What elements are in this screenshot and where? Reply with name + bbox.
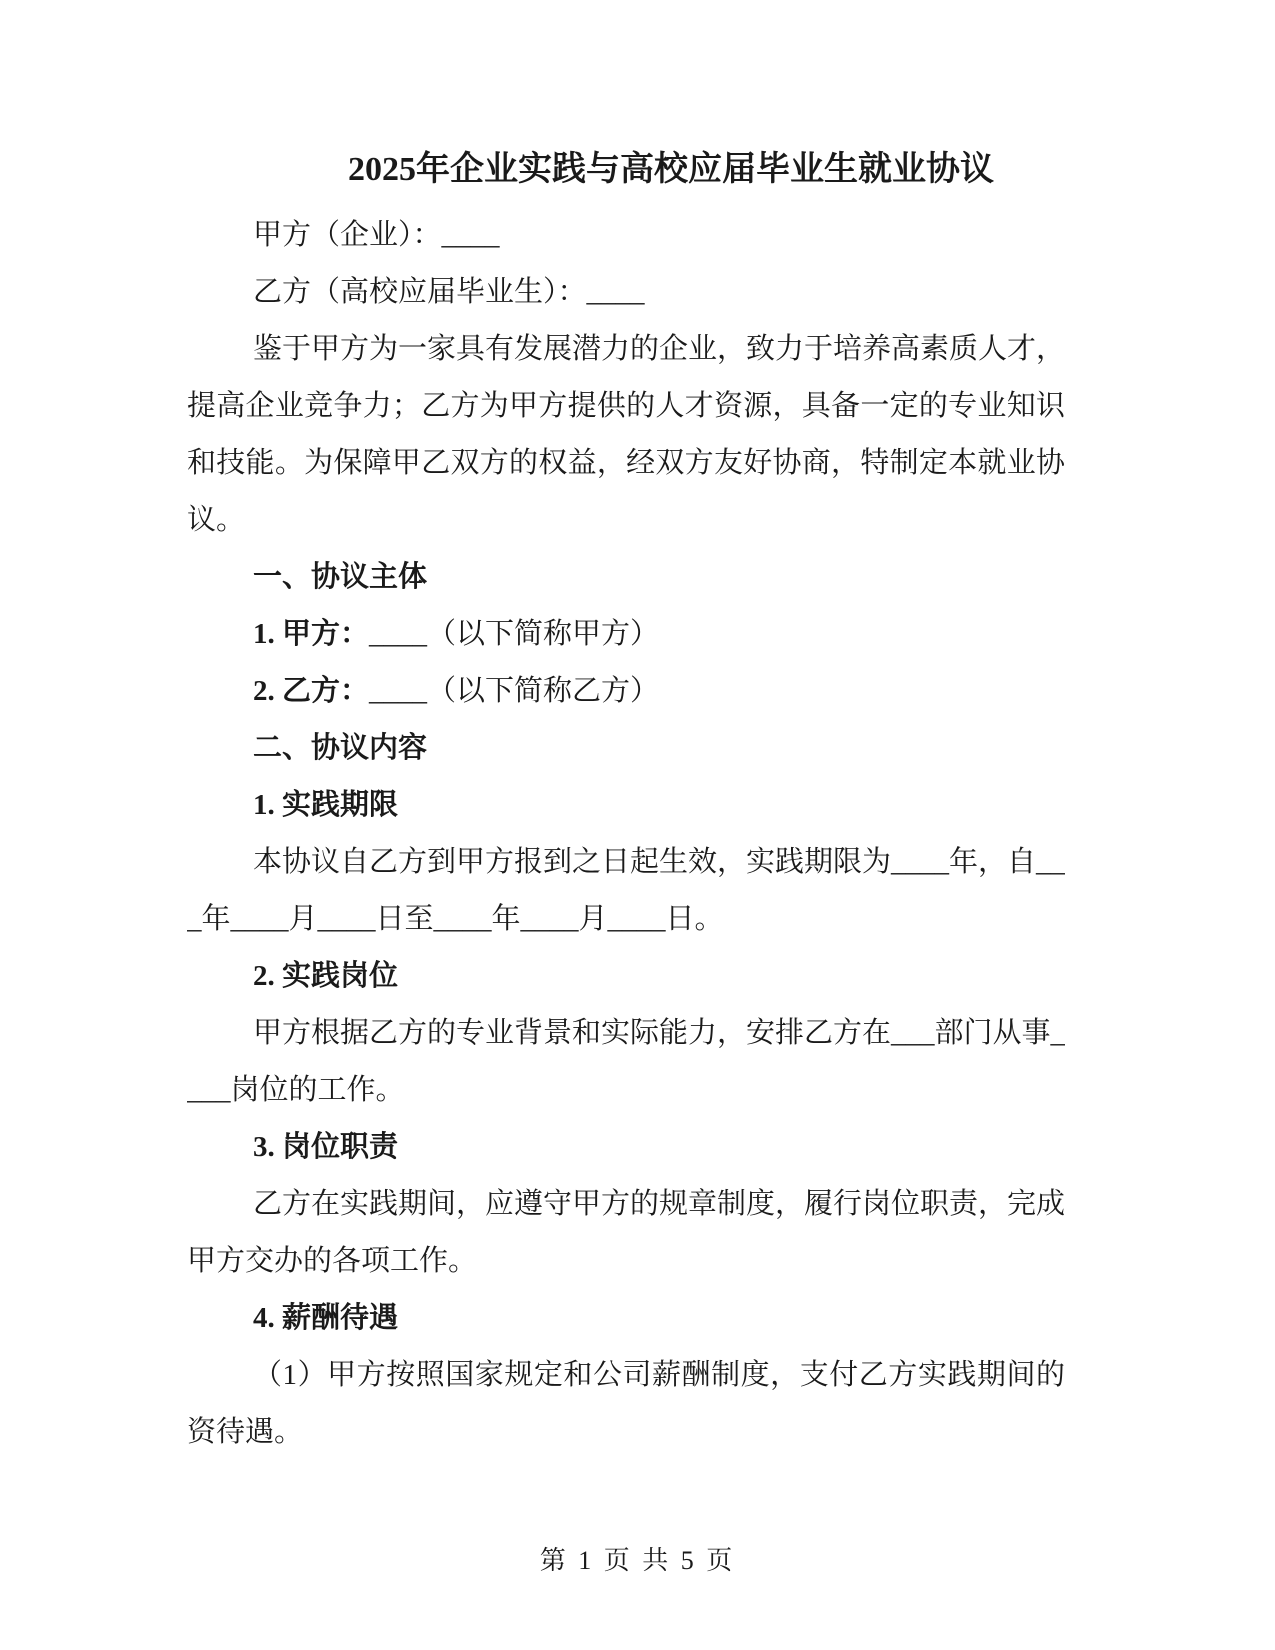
text-run: _年____月____日至____年____月____日。: [187, 903, 724, 935]
text-run: ___岗位的工作。: [187, 1074, 405, 1106]
text-run: （1）甲方按照国家规定和公司薪酬制度，支付乙方实践期间的工: [187, 1359, 1065, 1404]
page-number-label: 第 1 页 共 5 页: [540, 1546, 736, 1575]
party-a-blank-line: 甲方（企业）：____: [187, 207, 1065, 264]
text-run: ____（以下简称乙方）: [369, 675, 659, 707]
text-run: 2. 实践岗位: [253, 960, 398, 992]
page-footer: 第 1 页 共 5 页: [0, 1542, 1275, 1580]
clause-3-line-1: 乙方在实践期间，应遵守甲方的规章制度，履行岗位职责，完成: [187, 1176, 1065, 1233]
text-run: 4. 薪酬待遇: [253, 1302, 398, 1334]
document-body: 甲方（企业）：____乙方（高校应届毕业生）：____鉴于甲方为一家具有发展潜力…: [187, 207, 1065, 1461]
text-run: 一、协议主体: [253, 561, 427, 593]
document-title: 2025年企业实践与高校应届毕业生就业协议: [187, 141, 1065, 199]
clause-3-heading: 3. 岗位职责: [187, 1119, 1065, 1176]
preamble-line-2: 提高企业竞争力；乙方为甲方提供的人才资源，具备一定的专业知识: [187, 378, 1065, 435]
section-2-heading: 二、协议内容: [187, 720, 1065, 777]
text-run: 乙方在实践期间，应遵守甲方的规章制度，履行岗位职责，完成: [253, 1188, 1065, 1220]
preamble-line-1: 鉴于甲方为一家具有发展潜力的企业，致力于培养高素质人才，: [187, 321, 1065, 378]
text-run: ____（以下简称甲方）: [369, 618, 659, 650]
text-run: 和技能。为保障甲乙双方的权益，经双方友好协商，特制定本就业协: [187, 447, 1065, 479]
text-run: 资待遇。: [187, 1416, 303, 1448]
clause-4-line-2: 资待遇。: [187, 1404, 1065, 1461]
clause-3-line-2: 甲方交办的各项工作。: [187, 1233, 1065, 1290]
clause-2-heading: 2. 实践岗位: [187, 948, 1065, 1005]
text-run: 议。: [187, 504, 245, 536]
text-run: 甲方根据乙方的专业背景和实际能力，安排乙方在___部门从事_: [253, 1017, 1065, 1049]
text-run: 甲方（企业）：____: [253, 219, 500, 251]
party-b-blank-line: 乙方（高校应届毕业生）：____: [187, 264, 1065, 321]
text-run: 鉴于甲方为一家具有发展潜力的企业，致力于培养高素质人才，: [253, 333, 1065, 365]
text-run: 1. 实践期限: [253, 789, 398, 821]
clause-4-line-1: （1）甲方按照国家规定和公司薪酬制度，支付乙方实践期间的工: [187, 1347, 1065, 1404]
preamble-line-3: 和技能。为保障甲乙双方的权益，经双方友好协商，特制定本就业协: [187, 435, 1065, 492]
clause-2-line-2: ___岗位的工作。: [187, 1062, 1065, 1119]
text-run: 3. 岗位职责: [253, 1131, 398, 1163]
document-page: 2025年企业实践与高校应届毕业生就业协议 甲方（企业）：____乙方（高校应届…: [0, 0, 1275, 1650]
text-run: 乙方（高校应届毕业生）：____: [253, 276, 645, 308]
clause-2-line-1: 甲方根据乙方的专业背景和实际能力，安排乙方在___部门从事_: [187, 1005, 1065, 1062]
text-run: 二、协议内容: [253, 732, 427, 764]
clause-1-line-2: _年____月____日至____年____月____日。: [187, 891, 1065, 948]
text-run: 本协议自乙方到甲方报到之日起生效，实践期限为____年，自__: [253, 846, 1065, 878]
text-run: 提高企业竞争力；乙方为甲方提供的人才资源，具备一定的专业知识: [187, 390, 1065, 422]
clause-1-line-1: 本协议自乙方到甲方报到之日起生效，实践期限为____年，自__: [187, 834, 1065, 891]
section-1-heading: 一、协议主体: [187, 549, 1065, 606]
preamble-line-4: 议。: [187, 492, 1065, 549]
text-run: 2. 乙方：: [253, 675, 369, 707]
clause-party-b-line: 2. 乙方：____（以下简称乙方）: [187, 663, 1065, 720]
clause-party-a-line: 1. 甲方：____（以下简称甲方）: [187, 606, 1065, 663]
clause-1-heading: 1. 实践期限: [187, 777, 1065, 834]
text-run: 1. 甲方：: [253, 618, 369, 650]
text-run: 甲方交办的各项工作。: [187, 1245, 477, 1277]
clause-4-heading: 4. 薪酬待遇: [187, 1290, 1065, 1347]
